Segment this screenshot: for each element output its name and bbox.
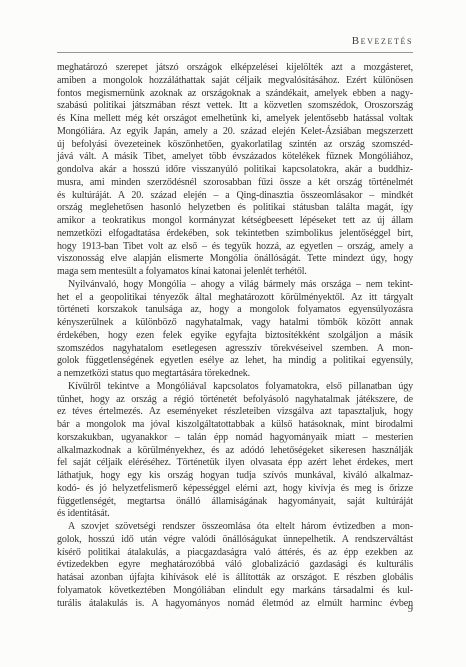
text-line: szabású politikai játszmában részt vette… — [57, 100, 413, 113]
text-line: meghatározó szerepet játszó országok elk… — [57, 62, 413, 75]
text-line: Nyilvánvaló, hogy Mongólia – ahogy a vil… — [57, 279, 413, 292]
text-line: bár a mongolok ma jóval kiszolgáltatotta… — [57, 419, 413, 432]
text-line: gondolva akár a hosszú időre visszanyúló… — [57, 164, 413, 177]
text-line: amiben a mongolok hozzáláthattak saját c… — [57, 75, 413, 88]
text-line: érdekében, hogy ezen felek egyike egyfaj… — [57, 330, 413, 343]
text-line: hatásai azonban újfajta kihívások elé is… — [57, 572, 413, 585]
text-line: viszonosság elve alapján elismerte Mongó… — [57, 253, 413, 266]
text-line: és kultúráját. A 20. század elején – a Q… — [57, 190, 413, 203]
text-line: golok függetlenségének egyetlen esélye a… — [57, 355, 413, 368]
text-line: musra, ami minden szerződésnél szorosabb… — [57, 177, 413, 190]
text-line: hogy 1913-ban Tibet volt az első – és te… — [57, 241, 413, 254]
text-line: A szovjet szövetségi rendszer összeomlás… — [57, 521, 413, 534]
text-line: het el a geopolitikai tényezők által meg… — [57, 292, 413, 305]
text-line: és Kína mellett még két országot emelhet… — [57, 113, 413, 126]
text-line: maga sem mentesült a folyamatos kínai ka… — [57, 266, 413, 279]
text-line: kényszerülnek a különböző nagyhatalmak, … — [57, 317, 413, 330]
text-line: Mongóliára. Az egyik Japán, amely a 20. … — [57, 126, 413, 139]
text-line: golok, hosszú idő után végre valódi önál… — [57, 534, 413, 547]
text-line: jává vált. A másik Tibet, amelyet több é… — [57, 151, 413, 164]
body-text: meghatározó szerepet játszó országok elk… — [57, 62, 413, 610]
text-line: történeti korszakok tanulsága az, hogy a… — [57, 304, 413, 317]
text-line: ország meglehetősen hasonló helyzetben é… — [57, 202, 413, 215]
text-line: folyamatok következtében Mongóliában eli… — [57, 585, 413, 598]
text-line: nemzetközi elfogadtatása érdekében, sok … — [57, 228, 413, 241]
text-line: láthatjuk, hogy egy kis ország hogyan tu… — [57, 470, 413, 483]
text-line: amikor a teokratikus mongol kormányzat k… — [57, 215, 413, 228]
text-line: kísérő politikai átalakulás, a piacgazda… — [57, 547, 413, 560]
text-line: új befolyási övezeteinek köszönhetően, g… — [57, 139, 413, 152]
running-header: Bevezetés — [57, 35, 413, 47]
text-line: ez téves értelmezés. Az eseményeket rész… — [57, 406, 413, 419]
text-line: kodó- és jó helyzetfelismerő képességgel… — [57, 483, 413, 496]
text-line: tűnhet, hogy az ország a régió történeté… — [57, 394, 413, 407]
text-line: szomszédos nagyhatalom esetlegesen agres… — [57, 343, 413, 356]
text-line: fontos megismernünk azoknak az országokn… — [57, 88, 413, 101]
text-line: és identitását. — [57, 508, 413, 521]
text-line: korszakukban, ugyanakkor – talán épp nom… — [57, 432, 413, 445]
text-line: függetlenségét, megtartsa önálló államis… — [57, 496, 413, 509]
page-number: 9 — [57, 604, 413, 615]
text-line: évtizedekben egyre meghatározóbbá váló g… — [57, 559, 413, 572]
header-rule — [57, 52, 413, 53]
text-line: Kívülről tekintve a Mongóliával kapcsola… — [57, 381, 413, 394]
text-line: alkalmazkodnak a körülményekhez, és az a… — [57, 445, 413, 458]
text-line: fel saját céljaik eléréséhez. Történetük… — [57, 457, 413, 470]
text-line: a nemzetközi status quo megtartására tör… — [57, 368, 413, 381]
book-page: Bevezetés meghatározó szerepet játszó or… — [0, 0, 466, 667]
